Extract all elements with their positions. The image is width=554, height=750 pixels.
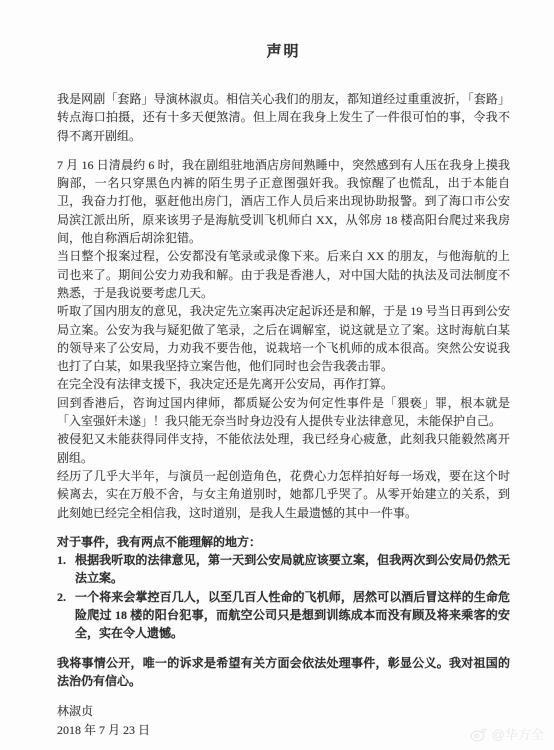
paragraph-report-process: 当日整个报案过程，公安都没有笔录或录像下来。后来白 XX 的朋友，与他海航的上司… (57, 247, 510, 302)
list-item-2-text: 一个将来会掌控百几人，以至几百人性命的飞机师，居然可以酒后冒这样的生命危险爬过 … (75, 588, 510, 643)
signature-date: 2018 年 7 月 23 日 (57, 721, 510, 739)
list-item-1-text: 根据我听取的法律意见，第一天到公安局就应该要立案，但我两次到公安局仍然无法立案。 (75, 551, 510, 588)
paragraph-lawyer-opinion: 回到香港后，咨询过国内律师，都质疑公安为何定性事件是「猥亵」罪，根本就是「入室强… (57, 394, 510, 431)
weibo-icon (469, 726, 489, 742)
paragraph-leave-police: 在完全没有法律支援下，我决定还是先离开公安局，再作打算。 (57, 375, 510, 393)
list-item-1-number: 1. (57, 551, 75, 569)
closing-paragraph: 我将事情公开，唯一的诉求是希望有关方面会依法处理事件，彰显公义。我对祖国的法治仍… (57, 654, 510, 691)
weibo-watermark: @华方全 (469, 724, 544, 743)
list-item-2: 2. 一个将来会掌控百几人，以至几百人性命的飞机师，居然可以酒后冒这样的生命危险… (57, 588, 510, 643)
section-header-two-points: 对于事件，我有两点不能理解的地方： (57, 533, 510, 551)
document-title: 声明 (57, 40, 510, 61)
statement-document-page: 声明 我是网剧「套路」导演林淑贞。相信关心我们的朋友，都知道经过重重波折，「套路… (0, 0, 554, 750)
paragraph-case-filing: 听取了国内朋友的意见，我决定先立案再决定起诉还是和解，于是 19 号当日再到公安… (57, 302, 510, 375)
signature-block: 林淑贞 2018 年 7 月 23 日 (57, 702, 510, 739)
list-item-2-number: 2. (57, 588, 75, 606)
document-body: 我是网剧「套路」导演林淑贞。相信关心我们的朋友，都知道经过重重波折，「套路」转点… (57, 90, 510, 739)
weibo-handle: @华方全 (492, 724, 544, 743)
paragraph-incident: 7 月 16 日清晨约 6 时，我在剧组驻地酒店房间熟睡中，突然感到有人压在我身… (57, 156, 510, 247)
paragraph-leaving-crew: 被侵犯又未能获得同伴支持，不能依法处理，我已经身心疲惫，此刻我只能毅然离开剧组。 (57, 430, 510, 467)
paragraph-intro: 我是网剧「套路」导演林淑贞。相信关心我们的朋友，都知道经过重重波折，「套路」转点… (57, 90, 510, 145)
list-item-1: 1. 根据我听取的法律意见，第一天到公安局就应该要立案，但我两次到公安局仍然无法… (57, 551, 510, 588)
signature-name: 林淑贞 (57, 702, 510, 720)
paragraph-farewell: 经历了几乎大半年，与演员一起创造角色，花费心力怎样拍好每一场戏，要在这个时候离去… (57, 467, 510, 522)
